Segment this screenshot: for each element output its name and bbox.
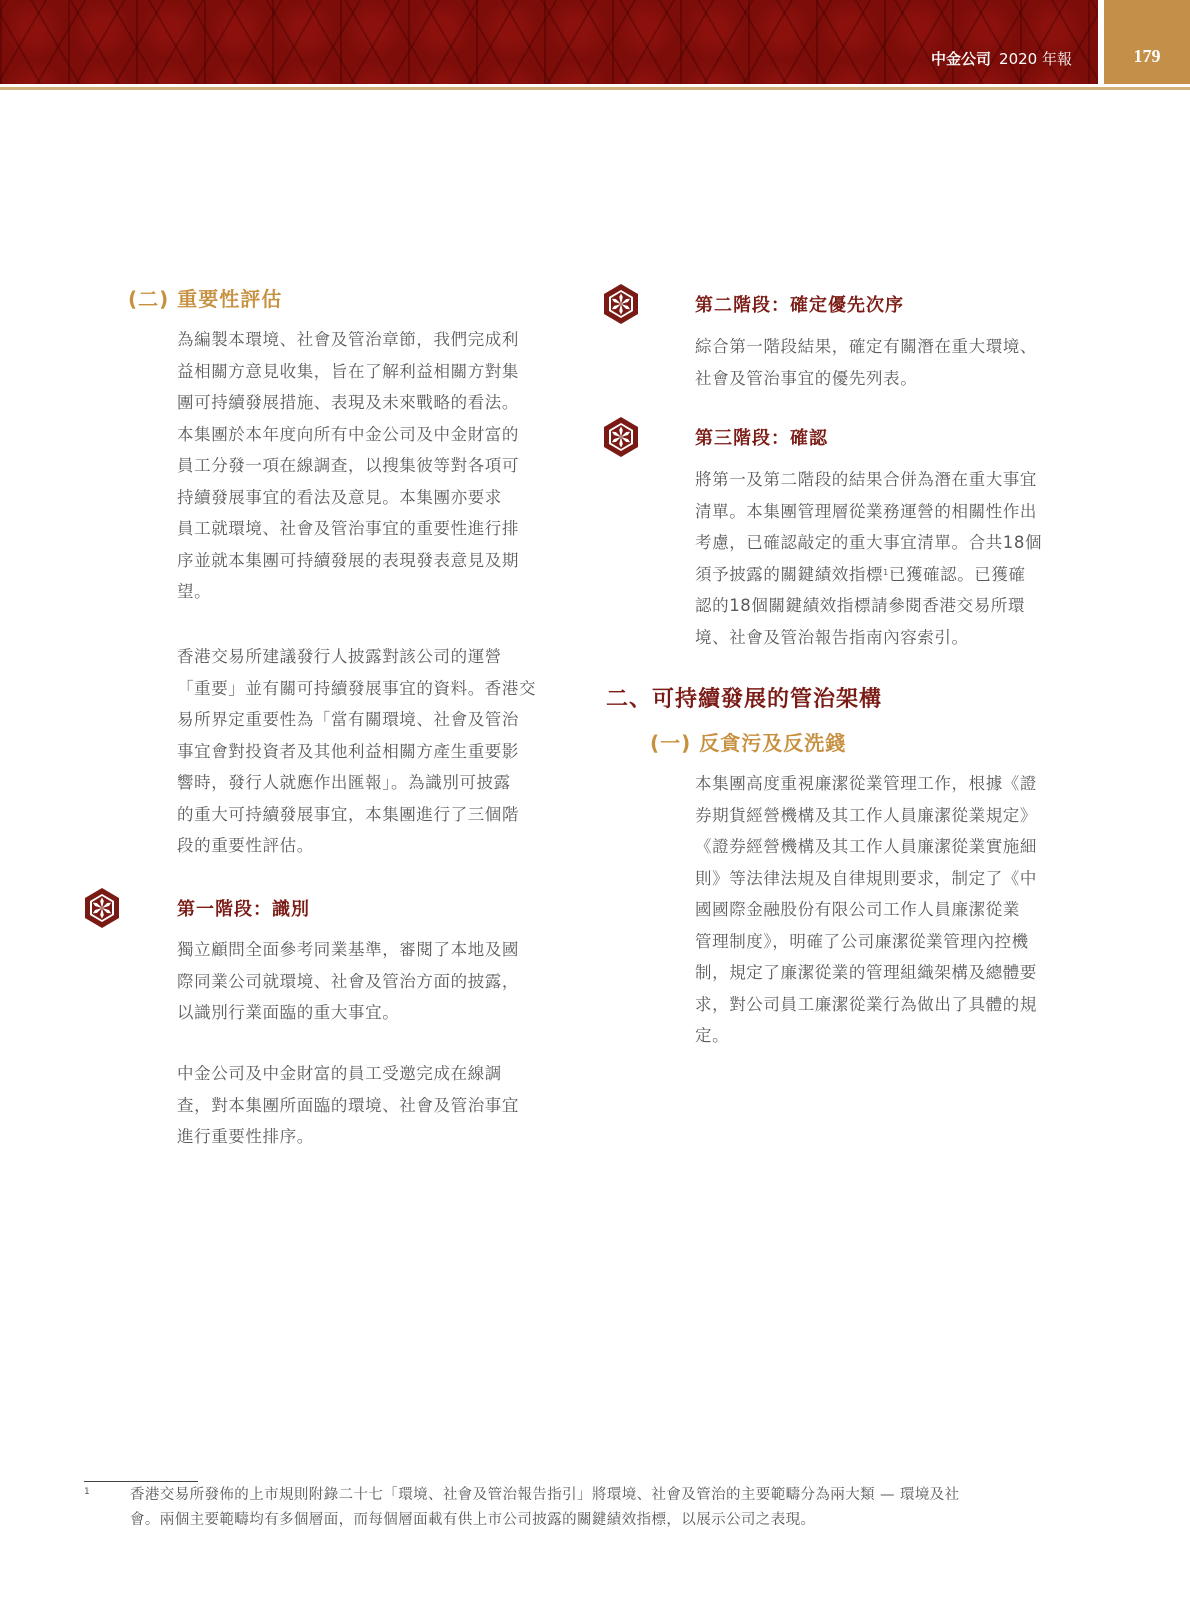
text-line: 獨立顧問全面參考同業基準，審閱了本地及國 (177, 934, 519, 966)
text-line: 定。 (695, 1020, 1037, 1052)
stage1-title: 第一階段：識別 (177, 895, 310, 921)
header-pattern-band (0, 0, 1098, 84)
text-line: 查，對本集團所面臨的環境、社會及管治事宜 (177, 1090, 519, 1122)
text-line: 本集團高度重視廉潔從業管理工作，根據《證 (695, 768, 1037, 800)
text-fragment: 須予披露的關鍵績效指標 (695, 565, 883, 584)
stage3-title: 第三階段：確認 (695, 424, 828, 450)
text-line: 境、社會及管治報告指南內容索引。 (695, 622, 1042, 654)
text-line: 券期貨經營機構及其工作人員廉潔從業規定》 (695, 800, 1037, 832)
text-line: 響時，發行人就應作出匯報」。為識別可披露 (177, 767, 536, 799)
stage2-paragraph: 綜合第一階段結果，確定有關潛在重大環境、 社會及管治事宜的優先列表。 (695, 331, 1037, 394)
text-line: 清單。本集團管理層從業務運營的相關性作出 (695, 496, 1042, 528)
text-line: 為編製本環境、社會及管治章節，我們完成利 (177, 324, 519, 356)
text-line: 會。兩個主要範疇均有多個層面，而每個層面載有供上市公司披露的關鍵績效指標，以展示… (130, 1508, 1080, 1533)
subsection-heading-anticorruption: (一) 反貪污及反洗錢 (650, 727, 846, 756)
text-line: 《證券經營機構及其工作人員廉潔從業實施細 (695, 831, 1037, 863)
hexagon-flower-icon (83, 887, 121, 929)
text-fragment: 已獲確認。已獲確 (889, 565, 1026, 584)
page-number-box (1104, 0, 1190, 84)
report-year: 2020 年報 (999, 50, 1072, 68)
text-line: 團可持續發展措施、表現及未來戰略的看法。 (177, 387, 519, 419)
footnote-divider (84, 1481, 198, 1482)
text-line: 香港交易所發佈的上市規則附錄二十七「環境、社會及管治報告指引」將環境、社會及管治… (130, 1483, 1080, 1508)
stage3-paragraph: 將第一及第二階段的結果合併為潛在重大事宜 清單。本集團管理層從業務運營的相關性作… (695, 464, 1042, 653)
text-line: 序並就本集團可持續發展的表現發表意見及期 (177, 545, 519, 577)
text-line: 段的重要性評估。 (177, 830, 536, 862)
text-line: 認的18個關鍵績效指標請參閱香港交易所環 (695, 590, 1042, 622)
text-line: 員工就環境、社會及管治事宜的重要性進行排 (177, 513, 519, 545)
text-line: 的重大可持續發展事宜，本集團進行了三個階 (177, 799, 536, 831)
text-line: 社會及管治事宜的優先列表。 (695, 363, 1037, 395)
hexagon-flower-icon (602, 416, 640, 458)
text-line: 以識別行業面臨的重大事宜。 (177, 997, 519, 1029)
intro-paragraph: 為編製本環境、社會及管治章節，我們完成利 益相關方意見收集，旨在了解利益相關方對… (177, 324, 519, 608)
footnote-number: 1 (84, 1487, 90, 1497)
text-line: 管理制度》，明確了公司廉潔從業管理內控機 (695, 926, 1037, 958)
stage1-paragraph-2: 中金公司及中金財富的員工受邀完成在線調 查，對本集團所面臨的環境、社會及管治事宜… (177, 1058, 519, 1153)
company-name: 中金公司 (931, 50, 991, 68)
text-line: 望。 (177, 576, 519, 608)
text-line: 考慮，已確認敲定的重大事宜清單。合共18個 (695, 527, 1042, 559)
text-line: 國國際金融股份有限公司工作人員廉潔從業 (695, 894, 1037, 926)
text-line: 進行重要性排序。 (177, 1121, 519, 1153)
text-line: 中金公司及中金財富的員工受邀完成在線調 (177, 1058, 519, 1090)
text-line: 易所界定重要性為「當有關環境、社會及管治 (177, 704, 536, 736)
text-line: 將第一及第二階段的結果合併為潛在重大事宜 (695, 464, 1042, 496)
text-line: 益相關方意見收集，旨在了解利益相關方對集 (177, 356, 519, 388)
anticorruption-paragraph: 本集團高度重視廉潔從業管理工作，根據《證 券期貨經營機構及其工作人員廉潔從業規定… (695, 768, 1037, 1052)
page-number: 179 (1104, 46, 1190, 67)
text-line: 際同業公司就環境、社會及管治方面的披露， (177, 966, 519, 998)
footnote-ref[interactable]: 1 (883, 568, 889, 577)
footnote-text: 香港交易所發佈的上市規則附錄二十七「環境、社會及管治報告指引」將環境、社會及管治… (130, 1483, 1080, 1533)
text-line: 香港交易所建議發行人披露對該公司的運營 (177, 641, 536, 673)
text-line: 「重要」並有關可持續發展事宜的資料。香港交 (177, 673, 536, 705)
text-line: 須予披露的關鍵績效指標1已獲確認。已獲確 (695, 559, 1042, 591)
hexagon-flower-icon (602, 283, 640, 325)
text-line: 員工分發一項在線調查，以搜集彼等對各項可 (177, 450, 519, 482)
text-line: 本集團於本年度向所有中金公司及中金財富的 (177, 419, 519, 451)
text-line: 事宜會對投資者及其他利益相關方產生重要影 (177, 736, 536, 768)
section-heading-governance: 二、可持續發展的管治架構 (606, 682, 882, 713)
text-line: 綜合第一階段結果，確定有關潛在重大環境、 (695, 331, 1037, 363)
hkex-paragraph: 香港交易所建議發行人披露對該公司的運營 「重要」並有關可持續發展事宜的資料。香港… (177, 641, 536, 862)
text-line: 持續發展事宜的看法及意見。本集團亦要求 (177, 482, 519, 514)
text-line: 則》等法律法規及自律規則要求，制定了《中 (695, 863, 1037, 895)
stage2-title: 第二階段：確定優先次序 (695, 291, 904, 317)
text-line: 制，規定了廉潔從業的管理組織架構及總體要 (695, 957, 1037, 989)
header-rule (0, 87, 1190, 90)
section-heading-materiality: (二) 重要性評估 (128, 283, 282, 312)
report-title: 中金公司2020 年報 (931, 48, 1072, 69)
stage1-paragraph-1: 獨立顧問全面參考同業基準，審閱了本地及國 際同業公司就環境、社會及管治方面的披露… (177, 934, 519, 1029)
text-line: 求，對公司員工廉潔從業行為做出了具體的規 (695, 989, 1037, 1021)
